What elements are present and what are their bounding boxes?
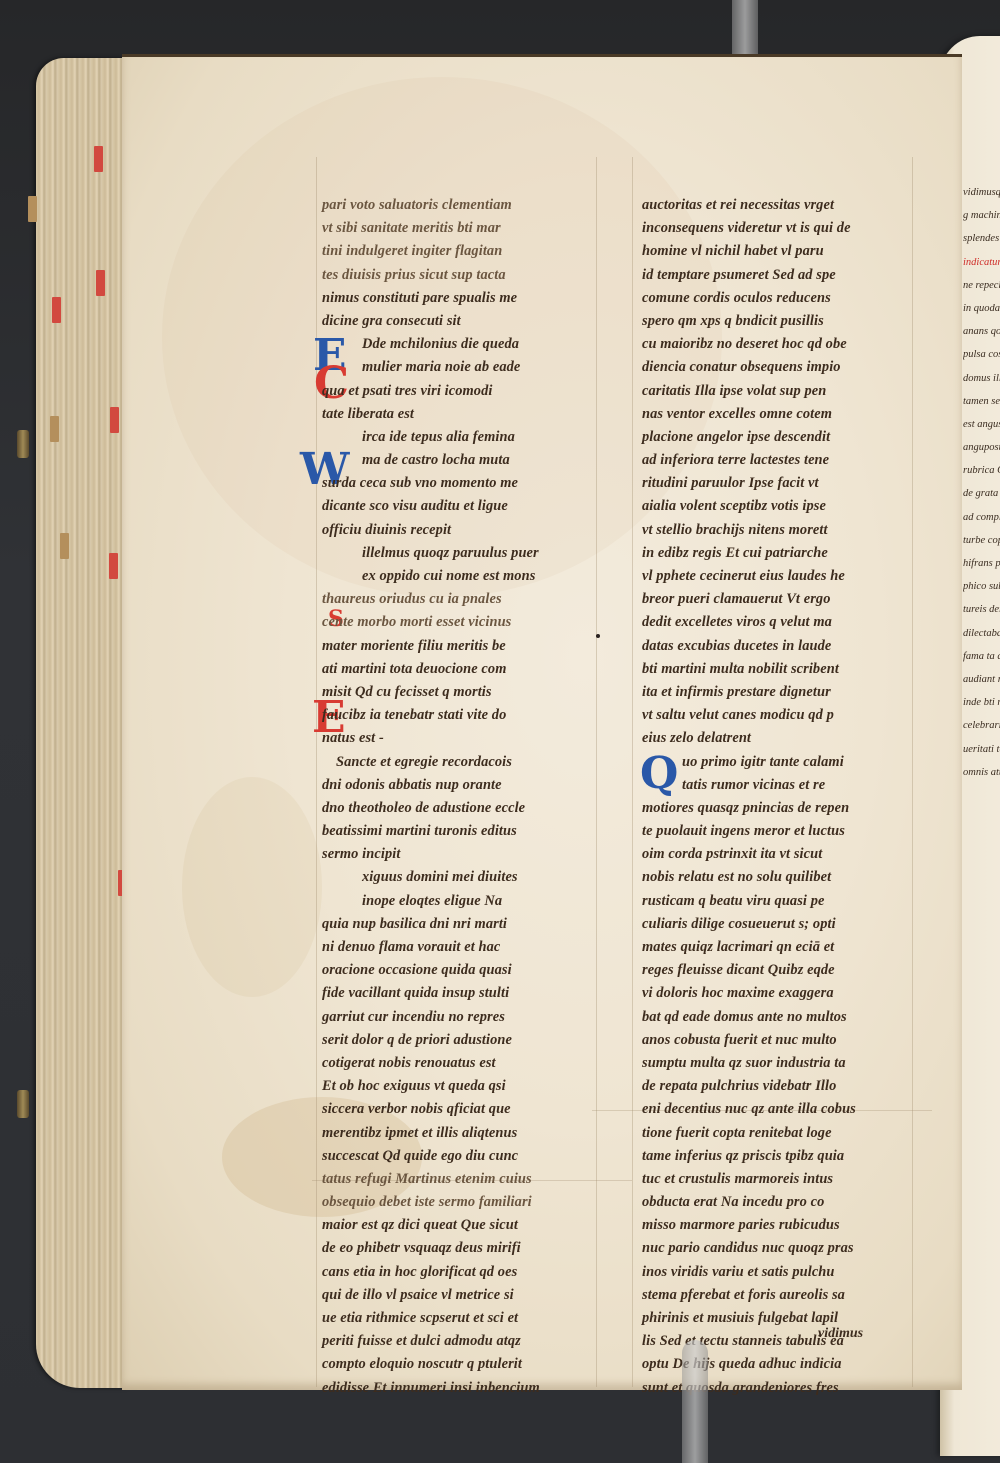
facing-line: inde bti m <box>963 692 1000 715</box>
text-line: misso marmore paries rubicudus <box>642 1214 908 1237</box>
text-line: Et ob hoc exiguus vt queda qsi <box>322 1075 584 1098</box>
edge-tab-marker <box>60 533 69 559</box>
text-column-left: pari voto saluatoris clementiam vt sibi … <box>322 194 584 1400</box>
text-line: tini indulgeret ingiter flagitan <box>322 240 584 263</box>
text-line: mater moriente filiu meritis be <box>322 635 584 658</box>
text-line: officiu diuinis recepit <box>322 519 584 542</box>
text-line: tuc et crustulis marmoreis intus <box>642 1168 908 1191</box>
edge-tab-marker <box>110 407 119 433</box>
facing-line: ne repech <box>963 275 1000 298</box>
clasp-upper <box>17 430 29 458</box>
text-line: merentibz ipmet et illis aliqtenus <box>322 1122 584 1145</box>
text-line: compto eloquio noscutr q ptulerit <box>322 1353 584 1376</box>
text-line: sermo incipit <box>322 843 584 866</box>
text-line: quia nup basilica dni nri marti <box>322 913 584 936</box>
text-line: siccera verbor nobis qficiat que <box>322 1098 584 1121</box>
clasp-lower <box>17 1090 29 1118</box>
facing-line: celebrari Ti <box>963 715 1000 738</box>
text-line: inope eloqtes eligue Na <box>322 890 584 913</box>
text-line: aialia volent sceptibz votis ipse <box>642 495 908 518</box>
edge-tab-marker <box>94 146 103 172</box>
facing-line: omnis attr <box>963 762 1000 785</box>
text-line: Sancte et egregie recordacois <box>322 751 584 774</box>
text-line: eius zelo delatrent <box>642 727 908 750</box>
ink-speck <box>596 634 600 638</box>
text-line: cente morbo morti esset vicinus <box>322 611 584 634</box>
text-line: ati martini tota deuocione com <box>322 658 584 681</box>
text-line: auctoritas et rei necessitas vrget <box>642 194 908 217</box>
text-line: eni decentius nuc qz ante illa cobus <box>642 1098 908 1121</box>
text-line: de repata pulchrius videbatr Illo <box>642 1075 908 1098</box>
ruling-line <box>632 157 633 1387</box>
text-line: dni odonis abbatis nup orante <box>322 774 584 797</box>
text-line: obducta erat Na incedu pro co <box>642 1191 908 1214</box>
text-line: qua et psati tres viri icomodi <box>322 380 584 403</box>
facing-line: g machin <box>963 205 1000 228</box>
text-line: illelmus quoqz paruulus puer <box>322 542 584 565</box>
text-line: succescat Qd quide ego diu cunc <box>322 1145 584 1168</box>
text-line: tate liberata est <box>322 403 584 426</box>
text-line: edidisse Et innumeri insi inbencium <box>322 1377 584 1400</box>
facing-page-text: vidimusqu g machin splendes qu indicatur… <box>963 182 1000 785</box>
page-holder-bottom <box>682 1340 708 1463</box>
text-line: culiaris dilige cosueuerut s; opti <box>642 913 908 936</box>
edge-tab-marker <box>50 416 59 442</box>
text-line: datas excubias ducetes in laude <box>642 635 908 658</box>
text-line: uo primo igitr tante calami <box>642 751 908 774</box>
facing-line: de grata <box>963 483 1000 506</box>
facing-line: vidimusqu <box>963 182 1000 205</box>
text-line: fide vacillant quida insup stulti <box>322 982 584 1005</box>
text-line: dedit excelletes viros q velut ma <box>642 611 908 634</box>
text-line: tatus refugi Martinus etenim cuius <box>322 1168 584 1191</box>
facing-line: ad complet <box>963 507 1000 530</box>
text-line: id temptare psumeret Sed ad spe <box>642 264 908 287</box>
text-line: misit Qd cu fecisset q mortis <box>322 681 584 704</box>
text-line: vi doloris hoc maxime exaggera <box>642 982 908 1005</box>
text-line: oim corda pstrinxit ita vt sicut <box>642 843 908 866</box>
text-line: vt saltu velut canes modicu qd p <box>642 704 908 727</box>
facing-line: angupostica <box>963 437 1000 460</box>
text-line: rusticam q beatu viru quasi pe <box>642 890 908 913</box>
catchword: vidimus <box>818 1326 863 1342</box>
edge-tab-marker <box>96 270 105 296</box>
book-fore-edge <box>36 58 128 1388</box>
text-line: cotigerat nobis renouatus est <box>322 1052 584 1075</box>
text-line: cu maioribz no deseret hoc qd obe <box>642 333 908 356</box>
text-line: Dde mchilonius die queda <box>322 333 584 356</box>
facing-line: ueritati ter <box>963 739 1000 762</box>
facing-line: rubrica Qu <box>963 460 1000 483</box>
facing-line: dilectabar <box>963 623 1000 646</box>
text-line: sumptu multa qz suor industria ta <box>642 1052 908 1075</box>
facing-line: hifrans p <box>963 553 1000 576</box>
text-line: vt sibi sanitate meritis bti mar <box>322 217 584 240</box>
text-line: garriut cur incendiu no repres <box>322 1006 584 1029</box>
text-line: inconsequens videretur vt is qui de <box>642 217 908 240</box>
text-line: vt stellio brachijs nitens morett <box>642 519 908 542</box>
text-line: ue etia rithmice scpserut et sci et <box>322 1307 584 1330</box>
facing-line: fama ta di <box>963 646 1000 669</box>
text-line: qui de illo vl psaice vl metrice si <box>322 1284 584 1307</box>
facing-line: splendes qu <box>963 228 1000 251</box>
text-line: irca ide tepus alia femina <box>322 426 584 449</box>
text-line: tione fuerit copta renitebat loge <box>642 1122 908 1145</box>
text-line: in edibz regis Et cui patriarche <box>642 542 908 565</box>
text-line: natus est - <box>322 727 584 750</box>
facing-line: tureis deru <box>963 599 1000 622</box>
text-line: comune cordis oculos reducens <box>642 287 908 310</box>
text-line: vl pphete cecinerut eius laudes he <box>642 565 908 588</box>
text-line: spero qm xps q bndicit pusillis <box>642 310 908 333</box>
text-line: motiores quasqz pnincias de repen <box>642 797 908 820</box>
facing-line: est angust <box>963 414 1000 437</box>
edge-tab-marker <box>52 297 61 323</box>
text-line: obsequio debet iste sermo familiari <box>322 1191 584 1214</box>
text-line: faucibz ia tenebatr stati vite do <box>322 704 584 727</box>
text-line: cans etia in hoc glorificat qd oes <box>322 1261 584 1284</box>
facing-line: tamen sese <box>963 391 1000 414</box>
text-line: inos viridis variu et satis pulchu <box>642 1261 908 1284</box>
facing-line: indicatur <box>963 252 1000 275</box>
text-line: bat qd eade domus ante no multos <box>642 1006 908 1029</box>
text-line: te puolauit ingens meror et luctus <box>642 820 908 843</box>
text-line: maior est qz dici queat Que sicut <box>322 1214 584 1237</box>
text-line: ex oppido cui nome est mons <box>322 565 584 588</box>
text-line: anos cobusta fuerit et nuc multo <box>642 1029 908 1052</box>
text-line: nimus constituti pare spualis me <box>322 287 584 310</box>
text-line: nobis relatu est no solu quilibet <box>642 866 908 889</box>
text-line: ni denuo flama vorauit et hac <box>322 936 584 959</box>
text-line: dicante sco visu auditu et ligue <box>322 495 584 518</box>
text-line: placione angelor ipse descendit <box>642 426 908 449</box>
text-line: de eo phibetr vsquaqz deus mirifi <box>322 1237 584 1260</box>
text-line: thaureus oriudus cu ia pnales <box>322 588 584 611</box>
text-line: phirinis et musiuis fulgebat lapil <box>642 1307 908 1330</box>
text-line: nuc pario candidus nuc quoqz pras <box>642 1237 908 1260</box>
water-stain <box>182 777 322 997</box>
text-line: tame inferius qz priscis tpibz quia <box>642 1145 908 1168</box>
facing-line: audiant rep <box>963 669 1000 692</box>
text-line: tatis rumor vicinas et re <box>642 774 908 797</box>
facing-line: in quoda <box>963 298 1000 321</box>
text-line: diencia conatur obsequens impio <box>642 356 908 379</box>
text-line: homine vl nichil habet vl paru <box>642 240 908 263</box>
text-column-right: auctoritas et rei necessitas vrget incon… <box>642 194 908 1400</box>
text-line: ma de castro locha muta <box>322 449 584 472</box>
text-line: pari voto saluatoris clementiam <box>322 194 584 217</box>
ruling-line <box>596 157 597 1387</box>
text-line: mates quiqz lacrimari qn eciā et <box>642 936 908 959</box>
text-line: ritudini paruulor Ipse facit vt <box>642 472 908 495</box>
text-line: periti fuisse et dulci admodu atqz <box>322 1330 584 1353</box>
text-line: tes diuisis prius sicut sup tacta <box>322 264 584 287</box>
edge-tab-marker <box>28 196 37 222</box>
text-line: bti martini multa nobilit scribent <box>642 658 908 681</box>
text-line: serit dolor q de priori adustione <box>322 1029 584 1052</box>
text-line: ita et infirmis prestare dignetur <box>642 681 908 704</box>
text-line: mulier maria noie ab eade <box>322 356 584 379</box>
text-line: stema pferebat et foris aureolis sa <box>642 1284 908 1307</box>
facing-line: domus illa <box>963 368 1000 391</box>
text-line: breor pueri clamauerut Vt ergo <box>642 588 908 611</box>
facing-line: anans qo <box>963 321 1000 344</box>
edge-tab-marker <box>109 553 118 579</box>
text-line: caritatis Illa ipse volat sup pen <box>642 380 908 403</box>
text-line: beatissimi martini turonis editus <box>322 820 584 843</box>
text-line: surda ceca sub vno momento me <box>322 472 584 495</box>
text-line: nas ventor excelles omne cotem <box>642 403 908 426</box>
text-line: xiguus domini mei diuites <box>322 866 584 889</box>
facing-line: phico subo <box>963 576 1000 599</box>
facing-line: pulsa costr <box>963 344 1000 367</box>
text-line: dno theotholeo de adustione eccle <box>322 797 584 820</box>
text-line: dicine gra consecuti sit <box>322 310 584 333</box>
text-line: oracione occasione quida quasi <box>322 959 584 982</box>
facing-line: turbe copru <box>963 530 1000 553</box>
text-line: ad inferiora terre lactestes tene <box>642 449 908 472</box>
ruling-line <box>912 157 913 1387</box>
text-line: reges fleuisse dicant Quibz eqde <box>642 959 908 982</box>
